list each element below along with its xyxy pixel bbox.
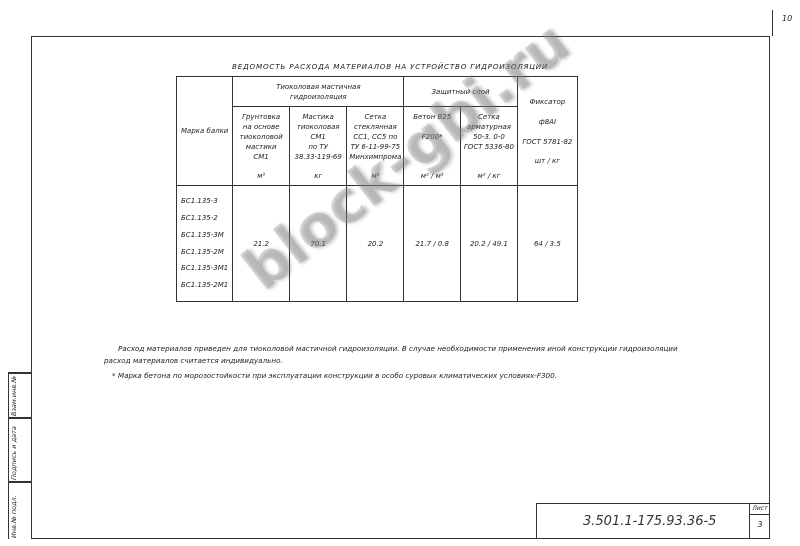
beam-brand: БС1.135-3: [181, 193, 232, 210]
column-header-line: мастики: [233, 142, 289, 152]
top-frame-mark: [772, 10, 773, 36]
column-unit: м²: [233, 171, 289, 181]
column-header-line: тиоколовой: [233, 132, 289, 142]
sidebar-label-replacement-inv: Взам.инв.№: [10, 406, 18, 416]
column-header-line: ф8АI: [518, 117, 577, 127]
column-header-line: [461, 152, 517, 162]
beam-brand: БС1.135-2М: [181, 244, 232, 261]
sidebar-label-original-inv: Инв.№ подл.: [10, 528, 18, 538]
value-fixator: 64 / 3.5: [517, 186, 577, 302]
column-header-line: по ТУ: [290, 142, 347, 152]
sheet-number: 3: [750, 515, 770, 535]
column-header-line: [518, 107, 577, 117]
column-header-primer: Грунтовкана основетиоколовоймастикиСМ1м²: [233, 107, 290, 186]
beam-brand: БС1.135-3М1: [181, 260, 232, 277]
approval-sidebar: Взам.инв.№ Подпись и дата Инв.№ подл.: [8, 372, 31, 539]
column-header-line: 38.33-119-69: [290, 152, 347, 162]
column-header-line: СМ1: [233, 152, 289, 162]
sidebar-divider: [9, 481, 31, 483]
note-main-line2: расход материалов считается индивидуальн…: [104, 356, 283, 365]
column-header-line: на основе: [233, 122, 289, 132]
column-unit: м² / кг: [461, 171, 517, 181]
column-unit: шт / кг: [518, 156, 577, 166]
value-rebar-mesh: 20.2 / 49.1: [461, 186, 518, 302]
top-sheet-number: 10: [782, 14, 792, 23]
beam-brand: БС1.135-3М: [181, 227, 232, 244]
column-header-line: Мастика: [290, 112, 347, 122]
value-concrete: 21.7 / 0.8: [404, 186, 461, 302]
column-header-line: тиоколовая: [290, 122, 347, 132]
note-main-line1: Расход материалов приведен для тиоколово…: [118, 344, 678, 353]
beam-brands-cell: БС1.135-3БС1.135-2БС1.135-3МБС1.135-2МБС…: [177, 186, 233, 302]
column-header-line: [518, 127, 577, 137]
sidebar-label-signature-date: Подпись и дата: [10, 470, 18, 480]
sidebar-divider: [9, 372, 31, 374]
group-header-thiokol-text: Тиоколовая мастичная гидроизоляция: [258, 82, 378, 102]
footnote-concrete: * Марка бетона по морозостойкости при эк…: [112, 371, 557, 380]
brand-column-header: Марка балки: [177, 77, 233, 186]
sheet-label: Лист: [750, 504, 770, 515]
beam-brand: БС1.135-2: [181, 210, 232, 227]
column-header-line: Грунтовка: [233, 112, 289, 122]
group-header-thiokol: Тиоколовая мастичная гидроизоляция: [233, 77, 404, 107]
beam-brand: БС1.135-2М1: [181, 277, 232, 294]
title-block-stamp: 3.501.1-175.93.36-5 Лист 3: [536, 503, 770, 539]
column-header-line: СМ1: [290, 132, 347, 142]
document-code: 3.501.1-175.93.36-5: [583, 514, 716, 529]
column-header-line: ГОСТ 5781-82: [518, 137, 577, 147]
sheet-box: Лист 3: [749, 504, 770, 538]
sidebar-divider: [9, 417, 31, 419]
